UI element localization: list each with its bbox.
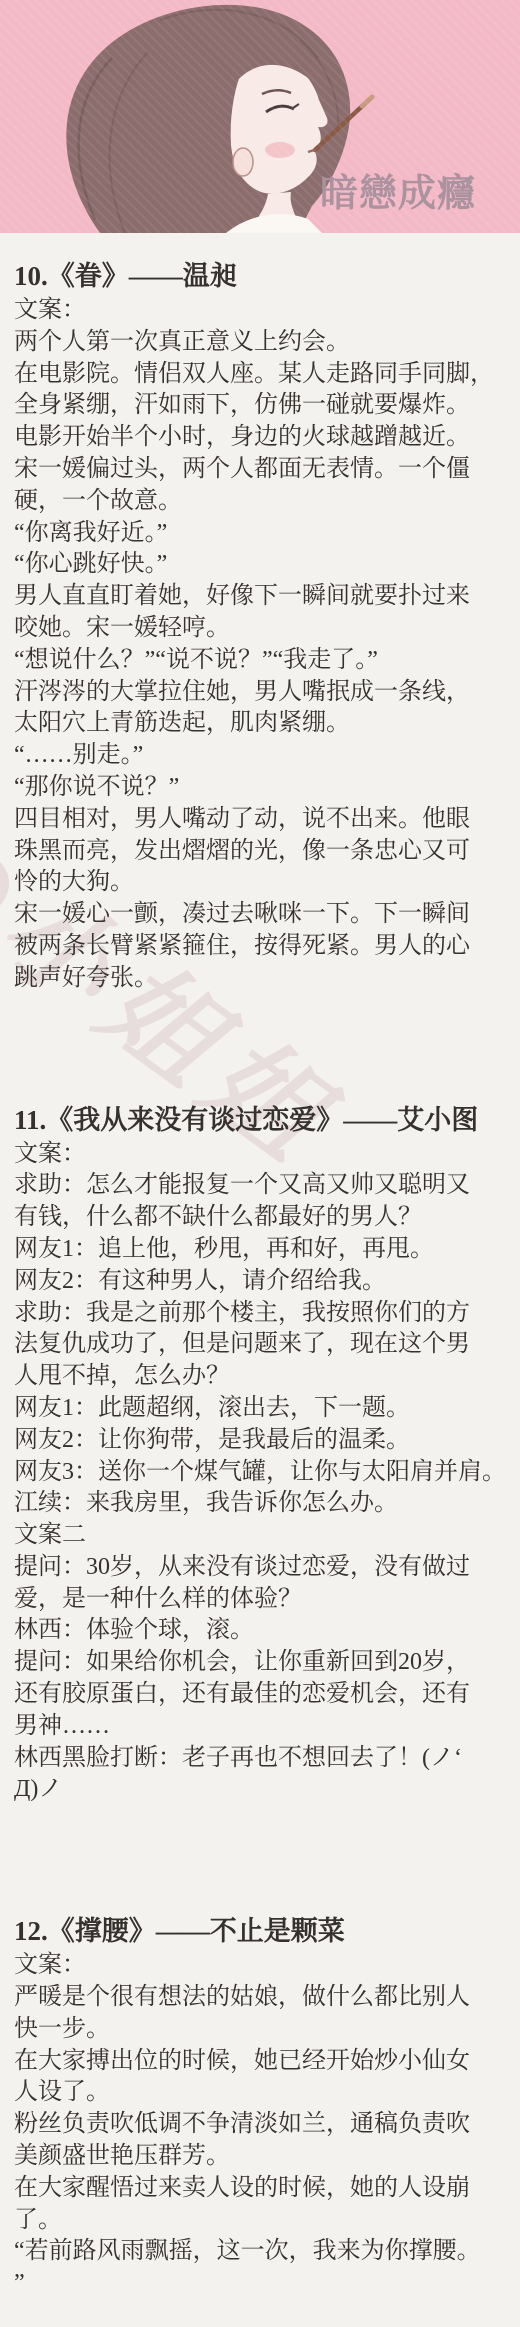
text-line: Д)ノ [14, 1774, 512, 1806]
section-heading: 10.《眷》——温昶 [14, 257, 512, 295]
text-line: 粉丝负责吹低调不争清淡如兰，通稿负责吹 [14, 2109, 512, 2141]
text-line: 网友1：追上他，秒甩，再和好，再甩。 [14, 1234, 512, 1266]
text-line: 爱，是一种什么样的体验？ [14, 1584, 512, 1616]
text-line: 怜的大狗。 [14, 867, 512, 899]
text-line: 人设了。 [14, 2077, 512, 2109]
text-line: 在大家醒悟过来卖人设的时候，她的人设崩 [14, 2173, 512, 2205]
text-line: 美颜盛世艳压群芳。 [14, 2141, 512, 2173]
text-line: 宋一媛偏过头，两个人都面无表情。一个僵 [14, 454, 512, 486]
text-line: 求助：我是之前那个楼主，我按照你们的方 [14, 1298, 512, 1330]
text-line: 严暖是个很有想法的姑娘，做什么都比别人 [14, 1982, 512, 2014]
header-banner: 暗戀成癮 [0, 0, 520, 233]
text-line: 四目相对，男人嘴动了动，说不出来。他眼 [14, 804, 512, 836]
text-line: 被两条长臂紧紧箍住，按得死紧。男人的心 [14, 931, 512, 963]
text-line: 提问：如果给你机会，让你重新回到20岁， [14, 1647, 512, 1679]
text-line: ” [14, 2268, 512, 2300]
text-line: 求助：怎么才能报复一个又高又帅又聪明又 [14, 1170, 512, 1202]
text-line: 提问：30岁，从来没有谈过恋爱，没有做过 [14, 1552, 512, 1584]
header-title: 暗戀成癮 [320, 162, 476, 217]
text-line: “那你说不说？” [14, 772, 512, 804]
text-line: 珠黑而亮，发出熠熠的光，像一条忠心又可 [14, 836, 512, 868]
text-line: 汗涔涔的大掌拉住她，男人嘴抿成一条线， [14, 677, 512, 709]
book-section: 10.《眷》——温昶文案：两个人第一次真正意义上约会。在电影院。情侣双人座。某人… [14, 257, 512, 995]
text-line: 林西黑脸打断：老子再也不想回去了！(ノ‘ [14, 1743, 512, 1775]
text-line: 电影开始半个小时，身边的火球越蹭越近。 [14, 422, 512, 454]
text-line: “你离我好近。” [14, 518, 512, 550]
text-line: “你心跳好快。” [14, 549, 512, 581]
text-line: 还有胶原蛋白，还有最佳的恋爱机会，还有 [14, 1679, 512, 1711]
section-heading: 12.《撑腰》——不止是颗菜 [14, 1912, 512, 1950]
text-line: 江续：来我房里，我告诉你怎么办。 [14, 1488, 512, 1520]
book-section: 11.《我从来没有谈过恋爱》——艾小图文案：求助：怎么才能报复一个又高又帅又聪明… [14, 1101, 512, 1807]
text-line: 网友3：送你一个煤气罐，让你与太阳肩并肩。 [14, 1457, 512, 1489]
text-line: 男人直直盯着她，好像下一瞬间就要扑过来 [14, 581, 512, 613]
text-line: 网友1：此题超纲，滚出去，下一题。 [14, 1393, 512, 1425]
text-line: 太阳穴上青筋迭起，肌肉紧绷。 [14, 708, 512, 740]
text-line: 网友2：有这种男人，请介绍给我。 [14, 1266, 512, 1298]
text-line: 硬，一个故意。 [14, 486, 512, 518]
text-line: 两个人第一次真正意义上约会。 [14, 327, 512, 359]
text-line: 文案： [14, 295, 512, 327]
text-line: 跳声好夸张。 [14, 963, 512, 995]
content: 10.《眷》——温昶文案：两个人第一次真正意义上约会。在电影院。情侣双人座。某人… [0, 233, 520, 2300]
text-line: 在电影院。情侣双人座。某人走路同手同脚， [14, 359, 512, 391]
text-line: 法复仇成功了，但是问题来了，现在这个男 [14, 1329, 512, 1361]
text-line: “想说什么？”“说不说？”“我走了。” [14, 645, 512, 677]
text-line: 快一步。 [14, 2014, 512, 2046]
page: 暗戀成癮 @小姐姐 10.《眷》——温昶文案：两个人第一次真正意义上约会。在电影… [0, 0, 520, 2327]
text-line: 人甩不掉，怎么办？ [14, 1361, 512, 1393]
text-line: 全身紧绷，汗如雨下，仿佛一碰就要爆炸。 [14, 390, 512, 422]
text-line: 了。 [14, 2205, 512, 2237]
text-line: 宋一媛心一颤，凑过去啾咪一下。下一瞬间 [14, 899, 512, 931]
book-section: 12.《撑腰》——不止是颗菜文案：严暖是个很有想法的姑娘，做什么都比别人快一步。… [14, 1912, 512, 2300]
text-line: 林西：体验个球，滚。 [14, 1615, 512, 1647]
text-line: 咬她。宋一媛轻哼。 [14, 613, 512, 645]
text-line: 网友2：让你狗带，是我最后的温柔。 [14, 1425, 512, 1457]
text-line: 男神…… [14, 1711, 512, 1743]
text-line: 文案： [14, 1950, 512, 1982]
section-heading: 11.《我从来没有谈过恋爱》——艾小图 [14, 1101, 512, 1139]
text-line: 有钱，什么都不缺什么都最好的男人？ [14, 1202, 512, 1234]
text-line: “若前路风雨飘摇，这一次，我来为你撑腰。 [14, 2236, 512, 2268]
text-line: 文案： [14, 1139, 512, 1171]
text-line: 文案二 [14, 1520, 512, 1552]
text-line: 在大家搏出位的时候，她已经开始炒小仙女 [14, 2046, 512, 2078]
text-line: “……别走。” [14, 740, 512, 772]
